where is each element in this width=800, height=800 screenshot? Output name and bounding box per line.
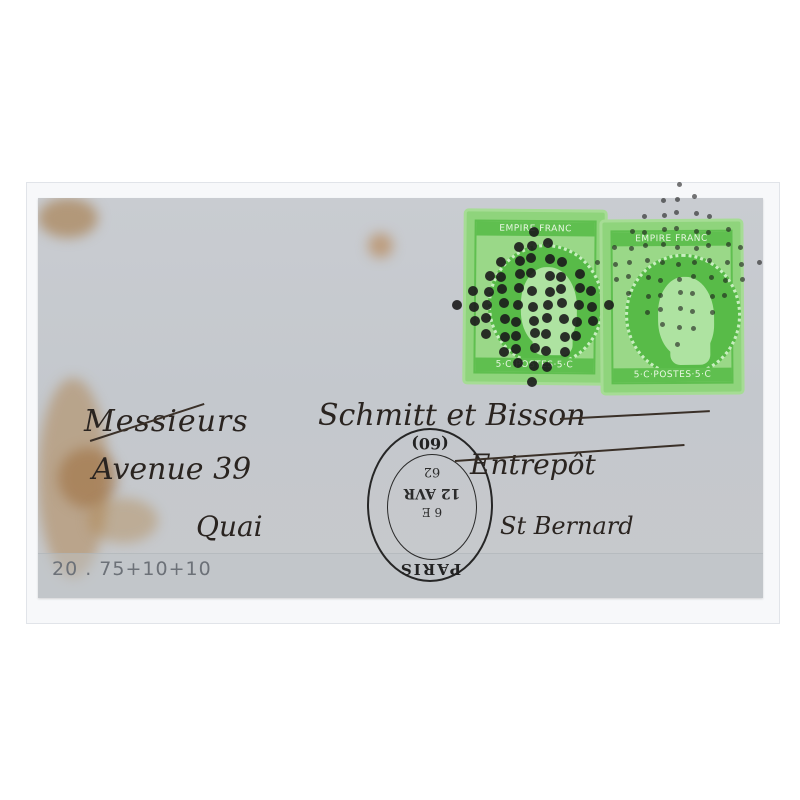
address-quay: Quai xyxy=(196,510,263,543)
cancel-dot xyxy=(588,316,598,326)
cancel-dot xyxy=(485,271,495,281)
cancel-dot xyxy=(642,230,647,235)
cancel-dot xyxy=(528,302,538,312)
cancel-dot xyxy=(513,358,523,368)
stamp-right: EMPIRE FRANC 5·C·POSTES·5·C xyxy=(602,222,741,393)
cancel-dot xyxy=(513,300,523,310)
cancel-dot xyxy=(545,287,555,297)
cancel-dot xyxy=(529,361,539,371)
cancel-dot xyxy=(677,277,682,282)
cancel-dot xyxy=(557,257,567,267)
cancel-dot xyxy=(710,310,715,315)
cancel-dot xyxy=(661,198,666,203)
cancel-dot xyxy=(575,269,585,279)
cancel-dot xyxy=(646,294,651,299)
postmark-year: 62 xyxy=(388,464,476,479)
cancel-dot xyxy=(595,260,600,265)
cancel-dot xyxy=(691,274,696,279)
cancel-dot xyxy=(514,242,524,252)
cancel-dot xyxy=(484,287,494,297)
cancel-dot xyxy=(468,286,478,296)
address-recipient: Schmitt et Bisson xyxy=(318,398,586,433)
cancel-dot xyxy=(677,325,682,330)
cancel-dot xyxy=(481,329,491,339)
cancel-dot xyxy=(645,310,650,315)
cancel-dot xyxy=(499,298,509,308)
cancel-dot xyxy=(586,286,596,296)
cancel-dot xyxy=(662,227,667,232)
postmark-office: 6 E xyxy=(388,505,476,519)
cancel-dot xyxy=(739,262,744,267)
cancel-dot xyxy=(740,277,745,282)
address-quay-name: St Bernard xyxy=(500,512,634,540)
postmark-date: 12 AVR xyxy=(388,485,476,501)
cancel-dot xyxy=(587,302,597,312)
cancel-dot xyxy=(630,229,635,234)
cancel-dot xyxy=(645,258,650,263)
stamp-bottom-inscription: 5·C·POSTES·5·C xyxy=(613,368,731,383)
postmark-inner-ring: 6 E 12 AVR 62 xyxy=(387,454,477,560)
cancel-dot xyxy=(694,211,699,216)
cancel-dot xyxy=(469,302,479,312)
cancel-dot xyxy=(726,242,731,247)
cancel-dot xyxy=(574,300,584,310)
cancel-dot xyxy=(707,214,712,219)
cancel-dot xyxy=(690,291,695,296)
pencil-notation: 20 . 75+10+10 xyxy=(52,558,212,580)
cancel-dot xyxy=(499,347,509,357)
cancel-dot xyxy=(542,313,552,323)
cancel-dot xyxy=(560,347,570,357)
cancel-dot xyxy=(496,257,506,267)
cancel-dot xyxy=(675,245,680,250)
cancel-dot xyxy=(452,300,462,310)
cancel-dot xyxy=(542,362,552,372)
cancel-dot xyxy=(738,245,743,250)
cancel-dot xyxy=(694,246,699,251)
foxing-stain xyxy=(38,198,98,238)
cancel-dot xyxy=(725,260,730,265)
cancel-dot xyxy=(529,227,539,237)
stamp-frame: EMPIRE FRANC 5·C·POSTES·5·C xyxy=(610,230,733,385)
cancel-dot xyxy=(626,291,631,296)
cancel-dot xyxy=(560,332,570,342)
cancel-dot xyxy=(726,227,731,232)
cancel-dot xyxy=(706,230,711,235)
cancel-dot xyxy=(691,326,696,331)
postmark-city: PARIS xyxy=(369,560,491,578)
cancel-dot xyxy=(660,322,665,327)
address-street: Avenue 39 xyxy=(92,452,251,487)
cancel-dot xyxy=(710,294,715,299)
cancel-dot xyxy=(612,245,617,250)
cancel-dot xyxy=(660,260,665,265)
cancel-dot xyxy=(676,262,681,267)
cancel-dot xyxy=(545,254,555,264)
stamp-top-inscription: EMPIRE FRANC xyxy=(612,232,730,247)
cancel-dot xyxy=(614,277,619,282)
cancel-dot xyxy=(470,316,480,326)
foxing-stain xyxy=(88,498,158,543)
cancel-dot xyxy=(529,316,539,326)
cancel-dot xyxy=(500,332,510,342)
cancel-dot xyxy=(541,329,551,339)
cancel-dot xyxy=(515,269,525,279)
cancel-dot xyxy=(677,182,682,187)
cancel-dot xyxy=(629,246,634,251)
foxing-stain xyxy=(368,233,393,258)
portrait-medallion xyxy=(625,254,742,377)
cancel-dot xyxy=(527,286,537,296)
cancel-dot xyxy=(575,283,585,293)
cancel-dot xyxy=(556,272,566,282)
stamp-left: EMPIRE FRANC 5·C·POSTES·5·C xyxy=(465,211,604,382)
cancel-dot xyxy=(496,272,506,282)
cancel-dot xyxy=(642,214,647,219)
